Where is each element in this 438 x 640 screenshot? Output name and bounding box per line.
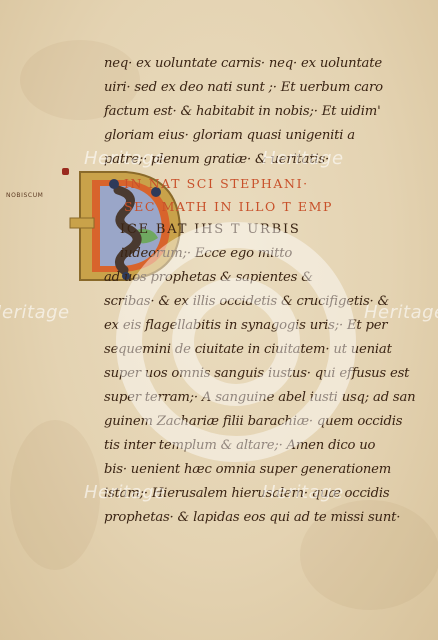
margin-note: NOBISCUM <box>6 192 43 199</box>
manuscript-page: NOBISCUM neq· ex uoluntate carnis· neq· … <box>0 0 438 640</box>
text-line: factum est· & habitabit in nobis;· Et ui… <box>104 104 381 119</box>
rubric-title: IN NAT SCI STEPHANI· <box>124 176 309 191</box>
text-line: gloriam eius· gloriam quasi unigeniti a <box>104 128 355 143</box>
text-line: neq· ex uoluntate carnis· neq· ex uolunt… <box>104 56 382 71</box>
watermark-text: Heritage <box>364 302 438 323</box>
text-line: uiri· sed ex deo nati sunt ;· Et uerbum … <box>104 80 383 95</box>
watermark-logo-inner-ring <box>172 278 300 406</box>
watermark-text: Heritage <box>0 302 70 323</box>
watermark-text: Heritage <box>84 482 166 503</box>
watermark-text: Heritage <box>262 482 344 503</box>
watermark-text: Heritage <box>84 148 166 169</box>
rubric-gospel-reference: SEC MATH IN ILLO T EMP <box>124 199 333 214</box>
text-line: prophetas· & lapidas eos qui ad te missi… <box>104 510 400 525</box>
text-line: bis· uenient hæc omnia super generatione… <box>104 462 391 477</box>
watermark-text: Heritage <box>262 148 344 169</box>
